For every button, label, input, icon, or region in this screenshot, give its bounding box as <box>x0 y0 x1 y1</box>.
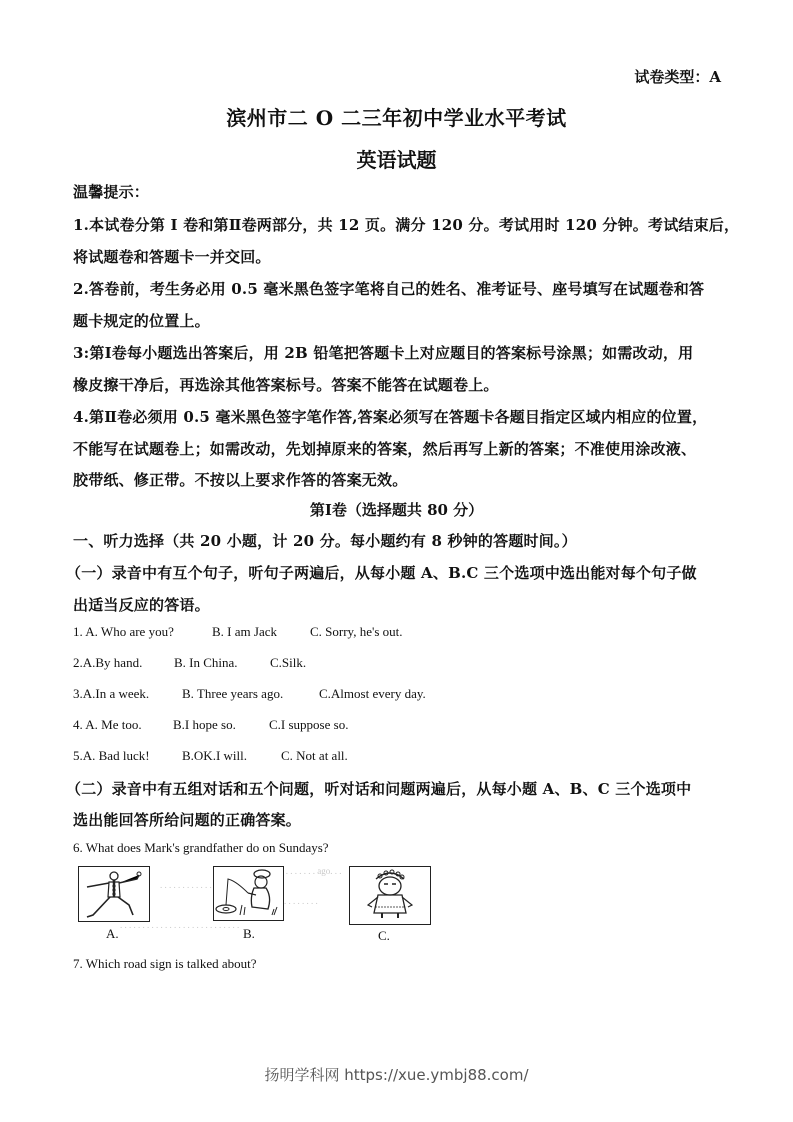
option-c: C.Almost every day. <box>319 686 426 702</box>
notice-line: 2.答卷前，考生务必用 0.5 毫米黑色签字笔将自己的姓名、准考证号、座号填写在… <box>73 278 704 299</box>
option-a: 4. A. Me too. <box>73 717 173 733</box>
notice-line: 4.第Ⅱ卷必须用 0.5 毫米黑色签字笔作答,答案必须写在答题卡各题目指定区域内… <box>73 406 707 427</box>
question-2: 2.A.By hand.B. In China.C.Silk. <box>73 655 306 671</box>
notice-line: 3:第Ⅰ卷每小题选出答案后，用 2B 铅笔把答题卡上对应题目的答案标号涂黑；如需… <box>73 342 693 363</box>
option-b: B. I am Jack <box>212 624 310 640</box>
notice-line: 将试题卷和答题卡一并交回。 <box>73 246 271 267</box>
question-7: 7. Which road sign is talked about? <box>73 956 257 972</box>
question-3: 3.A.In a week.B. Three years ago.C.Almos… <box>73 686 426 702</box>
picture-c <box>349 866 431 925</box>
paper-type-label: 试卷类型：A <box>634 66 721 87</box>
picture-a-label: A. <box>106 926 119 942</box>
picture-c-label: C. <box>378 928 390 944</box>
picture-a <box>78 866 150 922</box>
sub2-instruction: 选出能回答所给问题的正确答案。 <box>73 809 301 830</box>
section1-heading: 一、听力选择（共 20 小题，计 20 分。每小题约有 8 秒钟的答题时间。） <box>73 530 577 551</box>
exam-subtitle: 英语试题 <box>0 144 793 173</box>
picture-b <box>213 866 284 921</box>
tai-chi-icon <box>79 867 148 920</box>
sub1-instruction: （一）录音中有互个句子，听句子两遍后，从每小题 A、B.C 三个选项中选出能对每… <box>66 562 697 583</box>
part1-heading: 第Ⅰ卷（选择题共 80 分） <box>0 499 793 520</box>
notice-line: 胶带纸、修正带。不按以上要求作答的答案无效。 <box>73 469 407 490</box>
notice-heading: 温馨提示： <box>73 181 149 202</box>
sub2-instruction: （二）录音中有五组对话和五个问题，听对话和问题两遍后，从每小题 A、B、C 三个… <box>66 778 691 799</box>
notice-line: 题卡规定的位置上。 <box>73 310 210 331</box>
option-c: C.Silk. <box>270 655 306 671</box>
notice-line: 不能写在试题卷上；如需改动，先划掉原来的答案，然后再写上新的答案；不准使用涂改液… <box>73 438 696 459</box>
notice-line: 橡皮擦干净后，再选涂其他答案标号。答案不能答在试题卷上。 <box>73 374 499 395</box>
question-4: 4. A. Me too.B.I hope so.C.I suppose so. <box>73 717 348 733</box>
option-c: C. Not at all. <box>281 748 348 764</box>
question-1: 1. A. Who are you?B. I am JackC. Sorry, … <box>73 624 403 640</box>
peking-opera-icon <box>350 867 429 923</box>
watermark-footer: 扬明学科网 https://xue.ymbj88.com/ <box>0 1064 793 1085</box>
sub1-instruction: 出适当反应的答语。 <box>73 594 210 615</box>
option-b: B. In China. <box>174 655 270 671</box>
option-b: B.I hope so. <box>173 717 269 733</box>
option-c: C. Sorry, he's out. <box>310 624 403 640</box>
option-b: B. Three years ago. <box>182 686 319 702</box>
question-5: 5.A. Bad luck!B.OK.I will.C. Not at all. <box>73 748 348 764</box>
question-6: 6. What does Mark's grandfather do on Su… <box>73 840 329 856</box>
option-a: 1. A. Who are you? <box>73 624 212 640</box>
notice-line: 1.本试卷分第 I 卷和第Ⅱ卷两部分，共 12 页。满分 120 分。考试用时 … <box>73 214 739 235</box>
option-b: B.OK.I will. <box>182 748 281 764</box>
option-a: 2.A.By hand. <box>73 655 174 671</box>
option-c: C.I suppose so. <box>269 717 348 733</box>
picture-b-label: B. <box>243 926 255 942</box>
exam-title: 滨州市二 O 二三年初中学业水平考试 <box>0 102 793 131</box>
fishing-icon <box>214 867 282 919</box>
option-a: 3.A.In a week. <box>73 686 182 702</box>
option-a: 5.A. Bad luck! <box>73 748 182 764</box>
